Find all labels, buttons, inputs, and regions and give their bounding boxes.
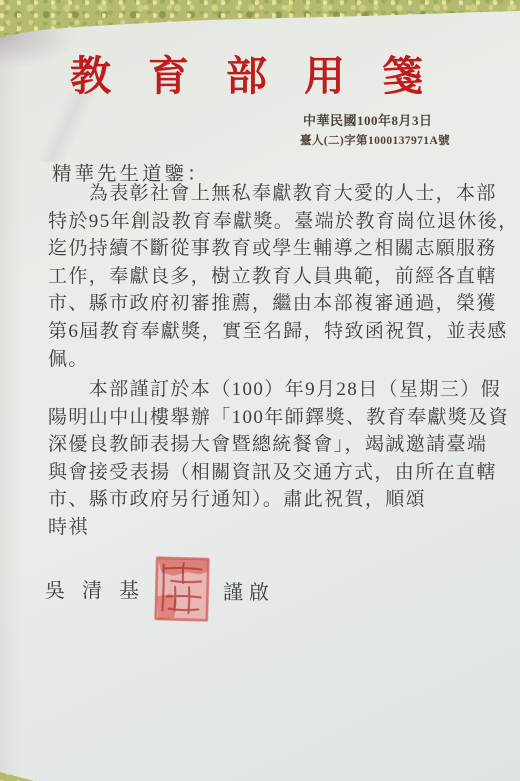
paragraph-2: 本部謹訂於本（100）年9月28日（星期三）假 陽明山中山樓舉辦「100年師鐸獎… (48, 376, 500, 542)
paper-curl-shadow (0, 22, 78, 70)
paper-crease (0, 92, 130, 162)
signature-block: 吳清基 謹啟 (45, 556, 475, 626)
signature-closing: 謹啟 (223, 576, 275, 605)
letter-paper: 教育部用箋 中華民國100年8月3日 臺人(二)字第1000137971A號 精… (0, 0, 520, 781)
signature-name: 吳清基 (45, 574, 156, 603)
paragraph-2-line: 深優良教師表揚大會暨總統餐會」，竭誠邀請臺端 (48, 431, 500, 459)
paragraph-1-line: 為表彰社會上無私奉獻教育大愛的人士，本部 (48, 180, 500, 208)
paragraph-1: 為表彰社會上無私奉獻教育大愛的人士，本部 特於95年創設教育奉獻獎。臺端於教育崗… (48, 180, 500, 373)
paragraph-2-line: 時祺 (48, 514, 500, 542)
paragraph-1-line: 迄仍持續不斷從事教育或學生輔導之相關志願服務 (48, 235, 500, 263)
scan-background: 教育部用箋 中華民國100年8月3日 臺人(二)字第1000137971A號 精… (0, 0, 520, 781)
paragraph-2-line: 市、縣市政府另行通知）。肅此祝賀，順頌 (48, 486, 500, 514)
paragraph-1-line: 第6屆教育奉獻獎，實至名歸，特致函祝賀，並表感 (48, 318, 500, 346)
paragraph-1-line: 工作，奉獻良多，樹立教育人員典範，前經各直轄 (48, 263, 500, 291)
paragraph-2-line: 本部謹訂於本（100）年9月28日（星期三）假 (48, 376, 500, 404)
official-seal-stamp-icon (154, 556, 210, 621)
paragraph-1-line: 特於95年創設教育奉獻獎。臺端於教育崗位退休後， (48, 208, 500, 236)
paragraph-2-line: 與會接受表揚（相關資訊及交通方式，由所在直轄 (48, 459, 500, 487)
paragraph-1-line: 市、縣市政府初審推薦，繼由本部複審通過，榮獲 (48, 290, 500, 318)
letterhead-title: 教育部用箋 (70, 54, 460, 99)
reference-number-line: 臺人(二)字第1000137971A號 (300, 132, 450, 148)
paragraph-1-line: 佩。 (48, 346, 500, 374)
paragraph-2-line: 陽明山中山樓舉辦「100年師鐸獎、教育奉獻獎及資 (48, 404, 500, 432)
date-line: 中華民國100年8月3日 (303, 110, 433, 129)
